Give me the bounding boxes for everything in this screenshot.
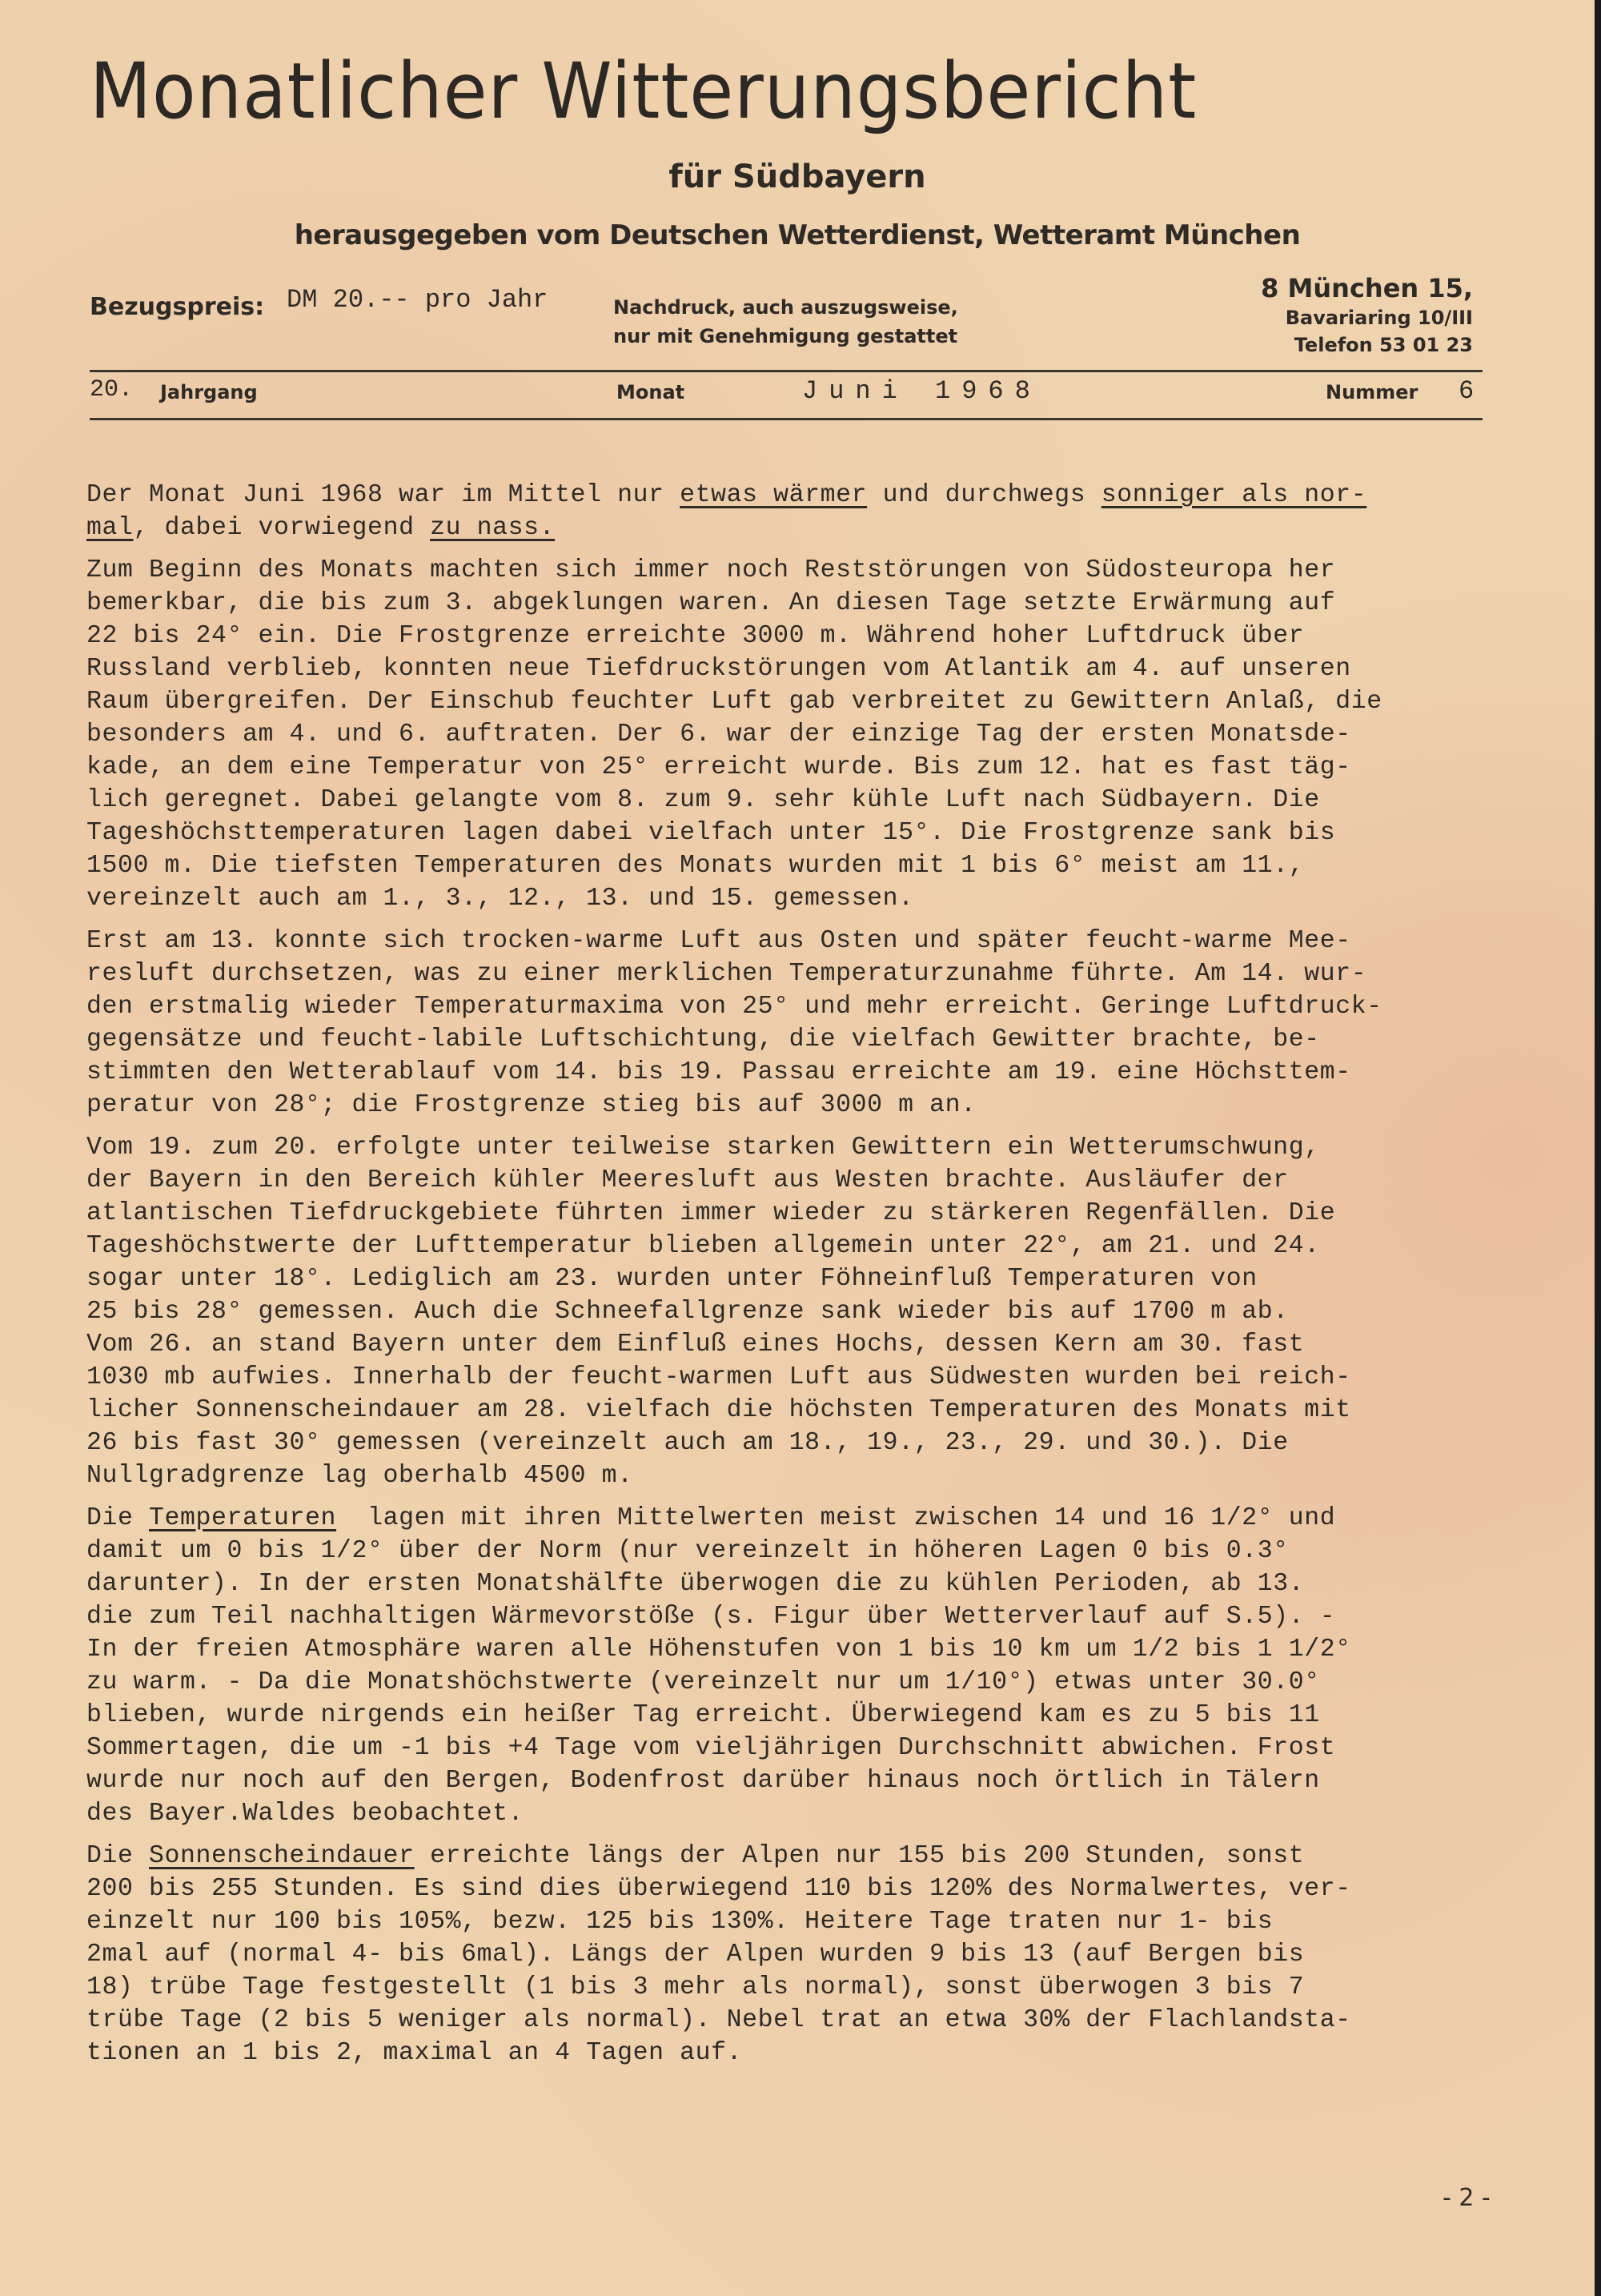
report-paragraph: Der Monat Juni 1968 war im Mittel nur et… — [86, 479, 1575, 544]
text-run: 26 bis fast 30° gemessen (vereinzelt auc… — [86, 1429, 1289, 1457]
text-run: 1500 m. Die tiefsten Temperaturen des Mo… — [86, 852, 1304, 880]
text-run: tionen an 1 bis 2, maximal an 4 Tagen au… — [86, 2039, 742, 2067]
text-run: atlantischen Tiefdruckgebiete führten im… — [86, 1199, 1335, 1227]
text-run: zu warm. - Da die Monatshöchstwerte (ver… — [86, 1668, 1320, 1696]
text-run: Tageshöchstwerte der Lufttemperatur blie… — [86, 1232, 1320, 1260]
text-run: bemerkbar, die bis zum 3. abgeklungen wa… — [86, 589, 1335, 617]
text-run: Raum übergreifen. Der Einschub feuchter … — [86, 688, 1382, 716]
text-run: Die — [86, 1842, 149, 1870]
text-run: 18) trübe Tage festgestellt (1 bis 3 meh… — [86, 1973, 1304, 2001]
report-paragraph: Zum Beginn des Monats machten sich immer… — [86, 554, 1575, 915]
header-divider-bottom — [90, 418, 1483, 420]
address-phone: Telefon 53 01 23 — [1201, 331, 1473, 359]
text-run: kade, an dem eine Temperatur von 25° err… — [86, 753, 1351, 781]
header-divider-top — [90, 370, 1483, 372]
text-run: 200 bis 255 Stunden. Es sind dies überwi… — [86, 1875, 1351, 1903]
text-run: wurde nur noch auf den Bergen, Bodenfros… — [86, 1767, 1320, 1795]
underlined-emphasis: etwas wärmer — [680, 481, 867, 509]
underlined-emphasis: Temperaturen — [149, 1504, 336, 1532]
report-body: Der Monat Juni 1968 war im Mittel nur et… — [86, 479, 1575, 2079]
issue-number-label: Nummer — [1326, 381, 1418, 403]
text-run: Nullgradgrenze lag oberhalb 4500 m. — [86, 1462, 633, 1490]
text-run: Sommertagen, die um -1 bis +4 Tage vom v… — [86, 1734, 1335, 1762]
reprint-notice-line2: nur mit Genehmigung gestattet — [613, 322, 958, 351]
text-run: 1030 mb aufwies. Innerhalb der feucht-wa… — [86, 1363, 1351, 1391]
text-run: blieben, wurde nirgends ein heißer Tag e… — [86, 1701, 1320, 1729]
text-run: licher Sonnenscheindauer am 28. vielfach… — [86, 1396, 1351, 1424]
publisher-address: 8 München 15, Bavariaring 10/III Telefon… — [1201, 272, 1473, 359]
volume-number: 20. — [90, 376, 133, 403]
reprint-notice-line1: Nachdruck, auch auszugsweise, — [613, 293, 958, 322]
text-run: Der Monat Juni 1968 war im Mittel nur — [86, 481, 680, 509]
text-run: lagen mit ihren Mittelwerten meist zwisc… — [336, 1504, 1335, 1532]
issue-info-row: 20. Jahrgang Monat Juni 1968 Nummer 6 — [90, 376, 1483, 408]
address-city: 8 München 15, — [1201, 272, 1473, 304]
underlined-emphasis: mal — [86, 514, 134, 542]
month-label: Monat — [616, 381, 684, 403]
text-run: Vom 26. an stand Bayern unter dem Einflu… — [86, 1331, 1304, 1359]
publisher-line: herausgegeben vom Deutschen Wetterdienst… — [0, 219, 1595, 251]
underlined-emphasis: zu nass. — [430, 514, 555, 542]
text-run: 22 bis 24° ein. Die Frostgrenze erreicht… — [86, 622, 1304, 650]
text-run: darunter). In der ersten Monatshälfte üb… — [86, 1570, 1304, 1598]
address-street: Bavariaring 10/III — [1201, 304, 1473, 331]
text-run: stimmten den Wetterablauf vom 14. bis 19… — [86, 1058, 1351, 1086]
text-run: In der freien Atmosphäre waren alle Höhe… — [86, 1636, 1351, 1664]
text-run: erreichte längs der Alpen nur 155 bis 20… — [415, 1842, 1305, 1870]
text-run: vereinzelt auch am 1., 3., 12., 13. und … — [86, 885, 914, 913]
volume-label: Jahrgang — [160, 381, 258, 403]
text-run: peratur von 28°; die Frostgrenze stieg b… — [86, 1091, 977, 1119]
text-run: gegensätze und feucht-labile Luftschicht… — [86, 1026, 1320, 1054]
text-run: lich geregnet. Dabei gelangte vom 8. zum… — [86, 786, 1320, 814]
text-run: und durchwegs — [867, 481, 1101, 509]
report-paragraph: Die Sonnenscheindauer erreichte längs de… — [86, 1840, 1575, 2069]
report-paragraph: Die Temperaturen lagen mit ihren Mittelw… — [86, 1502, 1575, 1830]
month-value: Juni 1968 — [802, 376, 1041, 406]
text-run: der Bayern in den Bereich kühler Meeresl… — [86, 1166, 1289, 1194]
document-title: Monatlicher Witterungsbericht — [90, 46, 1400, 136]
bezugspreis-value: DM 20.-- pro Jahr — [287, 285, 548, 315]
text-run: Tageshöchsttemperaturen lagen dabei viel… — [86, 819, 1335, 847]
text-run: sogar unter 18°. Lediglich am 23. wurden… — [86, 1265, 1258, 1293]
text-run: den erstmalig wieder Temperaturmaxima vo… — [86, 993, 1382, 1021]
text-run: besonders am 4. und 6. auftraten. Der 6.… — [86, 721, 1351, 749]
text-run: Zum Beginn des Monats machten sich immer… — [86, 556, 1335, 584]
text-run: einzelt nur 100 bis 105%, bezw. 125 bis … — [86, 1908, 1273, 1936]
text-run: die zum Teil nachhaltigen Wärmevorstöße … — [86, 1603, 1335, 1631]
bezugspreis-label: Bezugspreis: — [90, 293, 264, 321]
text-run: Vom 19. zum 20. erfolgte unter teilweise… — [86, 1134, 1320, 1162]
text-run: resluft durchsetzen, was zu einer merkli… — [86, 960, 1366, 988]
report-paragraph: Vom 19. zum 20. erfolgte unter teilweise… — [86, 1131, 1575, 1492]
text-run: Die — [86, 1504, 149, 1532]
underlined-emphasis: sonniger als nor- — [1101, 481, 1367, 509]
text-run: Erst am 13. konnte sich trocken-warme Lu… — [86, 927, 1351, 955]
text-run: damit um 0 bis 1/2° über der Norm (nur v… — [86, 1537, 1289, 1565]
reprint-notice: Nachdruck, auch auszugsweise, nur mit Ge… — [613, 293, 958, 351]
text-run: 2mal auf (normal 4- bis 6mal). Längs der… — [86, 1941, 1304, 1969]
document-subtitle: für Südbayern — [0, 159, 1595, 195]
issue-number-value: 6 — [1459, 376, 1474, 406]
page-number: - 2 - — [1443, 2184, 1491, 2212]
text-run: trübe Tage (2 bis 5 weniger als normal).… — [86, 2006, 1351, 2034]
text-run: , dabei vorwiegend — [134, 514, 431, 542]
report-paragraph: Erst am 13. konnte sich trocken-warme Lu… — [86, 925, 1575, 1122]
underlined-emphasis: Sonnenscheindauer — [149, 1842, 415, 1870]
text-run: 25 bis 28° gemessen. Auch die Schneefall… — [86, 1298, 1289, 1326]
text-run: des Bayer.Waldes beobachtet. — [86, 1800, 524, 1828]
text-run: Russland verblieb, konnten neue Tiefdruc… — [86, 655, 1351, 683]
document-page: Monatlicher Witterungsbericht für Südbay… — [0, 0, 1595, 2296]
